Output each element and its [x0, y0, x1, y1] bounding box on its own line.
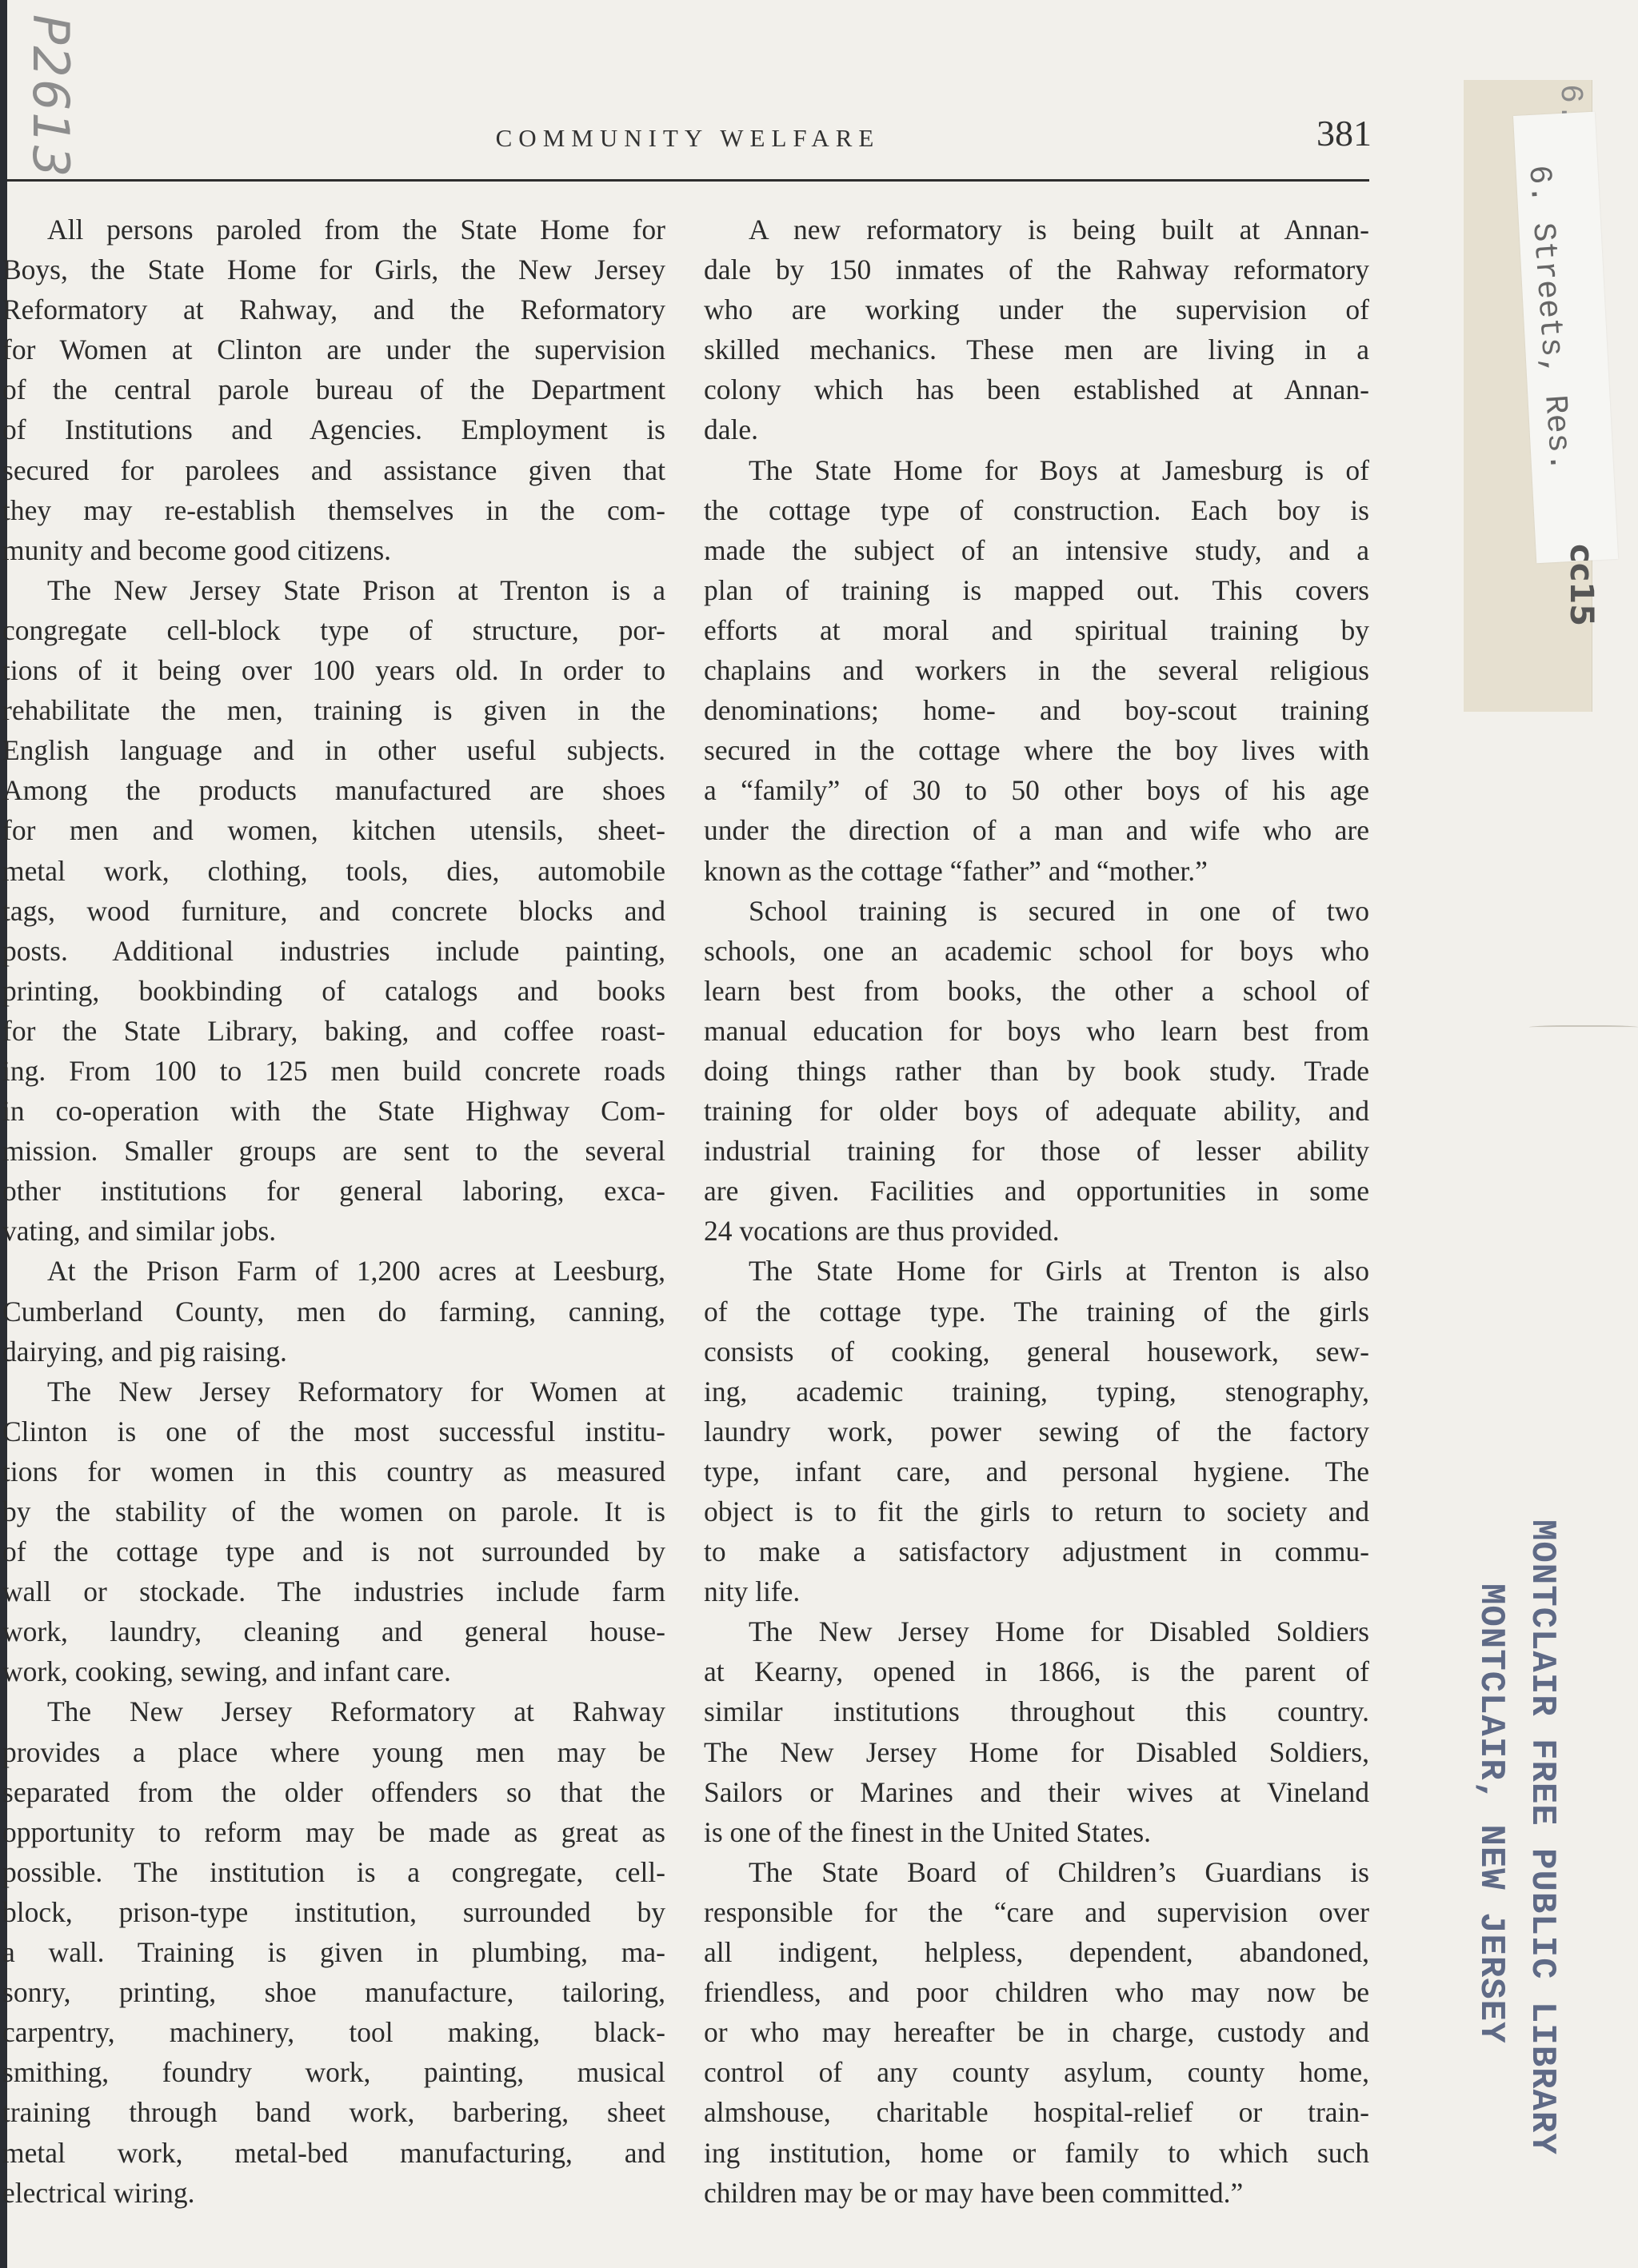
text-line: The New Jersey Reformatory for Women at — [2, 1372, 665, 1412]
text-line: denominations; home- and boy-scout train… — [704, 690, 1369, 730]
text-line: tions of it being over 100 years old. In… — [2, 650, 665, 690]
text-line: separated from the older offenders so th… — [2, 1772, 665, 1812]
paragraph: The State Board of Children’s Guardians … — [704, 1852, 1369, 2213]
text-line: The New Jersey State Prison at Trenton i… — [2, 570, 665, 610]
text-line: dale by 150 inmates of the Rahway reform… — [704, 250, 1369, 289]
text-line: At the Prison Farm of 1,200 acres at Lee… — [2, 1251, 665, 1291]
text-line: colony which has been established at Ann… — [704, 369, 1369, 409]
paragraph: At the Prison Farm of 1,200 acres at Lee… — [7, 1251, 665, 1371]
text-line: All persons paroled from the State Home … — [2, 210, 665, 250]
text-line: of Institutions and Agencies. Employment… — [2, 409, 665, 449]
paper-tear-mark — [1529, 1025, 1638, 1030]
text-line: other institutions for general laboring,… — [2, 1171, 665, 1211]
paragraph: A new reformatory is being built at Anna… — [704, 210, 1369, 450]
text-line: English language and in other useful sub… — [2, 730, 665, 770]
text-line: block, prison-type institution, surround… — [2, 1892, 665, 1932]
text-line: made the subject of an intensive study, … — [704, 530, 1369, 570]
text-line: A new reformatory is being built at Anna… — [704, 210, 1369, 250]
stamp-line-1: MONTCLAIR FREE PUBLIC LIBRARY — [1516, 1519, 1568, 2155]
text-line: Cumberland County, men do farming, canni… — [2, 1292, 665, 1332]
text-line: plan of training is mapped out. This cov… — [704, 570, 1369, 610]
text-line: 24 vocations are thus provided. — [704, 1211, 1369, 1251]
text-line: a “family” of 30 to 50 other boys of his… — [704, 770, 1369, 810]
paragraph: The State Home for Boys at Jamesburg is … — [704, 450, 1369, 891]
paragraph: The New Jersey State Prison at Trenton i… — [7, 570, 665, 1252]
text-line: Sailors or Marines and their wives at Vi… — [704, 1772, 1369, 1812]
text-line: opportunity to reform may be made as gre… — [2, 1812, 665, 1852]
stamp-line-2: MONTCLAIR, NEW JERSEY — [1465, 1519, 1516, 2155]
text-line: similar institutions throughout this cou… — [704, 1691, 1369, 1731]
text-line: doing things rather than by book study. … — [704, 1051, 1369, 1091]
text-line: the cottage type of construction. Each b… — [704, 490, 1369, 530]
text-line: sonry, printing, shoe manufacture, tailo… — [2, 1972, 665, 2012]
text-line: metal work, clothing, tools, dies, autom… — [2, 851, 665, 891]
paragraph: The New Jersey Home for Disabled Soldier… — [704, 1611, 1369, 1852]
right-column: A new reformatory is being built at Anna… — [704, 210, 1369, 2213]
text-line: schools, one an academic school for boys… — [704, 931, 1369, 971]
text-line: under the direction of a man and wife wh… — [704, 810, 1369, 850]
text-line: The State Home for Girls at Trenton is a… — [704, 1251, 1369, 1291]
text-line: carpentry, machinery, tool making, black… — [2, 2012, 665, 2052]
text-line: for the State Library, baking, and coffe… — [2, 1011, 665, 1051]
paragraph: All persons paroled from the State Home … — [7, 210, 665, 570]
text-line: congregate cell-block type of structure,… — [2, 610, 665, 650]
text-line: smithing, foundry work, painting, musica… — [2, 2052, 665, 2092]
text-line: training for older boys of adequate abil… — [704, 1091, 1369, 1131]
text-line: The State Home for Boys at Jamesburg is … — [704, 450, 1369, 490]
text-line: electrical wiring. — [2, 2173, 665, 2213]
text-line: tags, wood furniture, and concrete block… — [2, 891, 665, 931]
text-line: type, infant care, and personal hygiene.… — [704, 1451, 1369, 1491]
text-line: in co-operation with the State Highway C… — [2, 1091, 665, 1131]
paragraph: School training is secured in one of two… — [704, 891, 1369, 1252]
text-line: control of any county asylum, county hom… — [704, 2052, 1369, 2092]
text-line: metal work, metal-bed manufacturing, and — [2, 2133, 665, 2173]
text-line: tions for women in this country as measu… — [2, 1451, 665, 1491]
text-line: all indigent, helpless, dependent, aband… — [704, 1932, 1369, 1972]
text-line: ing. From 100 to 125 men build concrete … — [2, 1051, 665, 1091]
text-line: responsible for the “care and supervisio… — [704, 1892, 1369, 1932]
text-line: secured for parolees and assistance give… — [2, 450, 665, 490]
text-line: The New Jersey Home for Disabled Soldier… — [704, 1732, 1369, 1772]
library-stamp: MONTCLAIR FREE PUBLIC LIBRARY MONTCLAIR,… — [1465, 1519, 1568, 2155]
paragraph: The New Jersey Reformatory at Rahwayprov… — [7, 1691, 665, 2212]
text-line: vating, and similar jobs. — [2, 1211, 665, 1251]
text-line: ing institution, home or family to which… — [704, 2133, 1369, 2173]
text-line: provides a place where young men may be — [2, 1732, 665, 1772]
text-line: rehabilitate the men, training is given … — [2, 690, 665, 730]
text-line: of the cottage type. The training of the… — [704, 1292, 1369, 1332]
page-number: 381 — [1312, 112, 1372, 154]
label-suffix-text: cc15 — [1563, 544, 1600, 626]
text-line: they may re-establish themselves in the … — [2, 490, 665, 530]
running-head: COMMUNITY WELFARE — [432, 124, 944, 153]
text-line: for men and women, kitchen utensils, she… — [2, 810, 665, 850]
text-line: Clinton is one of the most successful in… — [2, 1412, 665, 1451]
text-line: industrial training for those of lesser … — [704, 1131, 1369, 1171]
text-line: posts. Additional industries include pai… — [2, 931, 665, 971]
text-line: skilled mechanics. These men are living … — [704, 329, 1369, 369]
text-line: Boys, the State Home for Girls, the New … — [2, 250, 665, 289]
text-line: children may be or may have been committ… — [704, 2173, 1369, 2213]
paragraph: The State Home for Girls at Trenton is a… — [704, 1251, 1369, 1611]
text-line: mission. Smaller groups are sent to the … — [2, 1131, 665, 1171]
text-line: dairying, and pig raising. — [2, 1332, 665, 1372]
text-line: Reformatory at Rahway, and the Reformato… — [2, 289, 665, 329]
text-line: efforts at moral and spiritual training … — [704, 610, 1369, 650]
text-line: nity life. — [704, 1571, 1369, 1611]
text-line: is one of the finest in the United State… — [704, 1812, 1369, 1852]
text-line: The New Jersey Reformatory at Rahway — [2, 1691, 665, 1731]
text-line: friendless, and poor children who may no… — [704, 1972, 1369, 2012]
text-line: almshouse, charitable hospital-relief or… — [704, 2092, 1369, 2132]
text-line: work, cooking, sewing, and infant care. — [2, 1651, 665, 1691]
text-line: of the cottage type and is not surrounde… — [2, 1531, 665, 1571]
text-line: at Kearny, opened in 1866, is the parent… — [704, 1651, 1369, 1691]
text-line: manual education for boys who learn best… — [704, 1011, 1369, 1051]
text-line: known as the cottage “father” and “mothe… — [704, 851, 1369, 891]
text-line: ing, academic training, typing, stenogra… — [704, 1372, 1369, 1412]
text-line: training through band work, barbering, s… — [2, 2092, 665, 2132]
text-line: by the stability of the women on parole.… — [2, 1491, 665, 1531]
text-line: learn best from books, the other a schoo… — [704, 971, 1369, 1011]
text-line: The State Board of Children’s Guardians … — [704, 1852, 1369, 1892]
text-line: for Women at Clinton are under the super… — [2, 329, 665, 369]
text-line: a wall. Training is given in plumbing, m… — [2, 1932, 665, 1972]
handwritten-catalog-number: P2613 — [0, 8, 24, 56]
text-line: laundry work, power sewing of the factor… — [704, 1412, 1369, 1451]
text-line: who are working under the supervision of — [704, 289, 1369, 329]
text-line: possible. The institution is a congregat… — [2, 1852, 665, 1892]
text-line: printing, bookbinding of catalogs and bo… — [2, 971, 665, 1011]
text-line: or who may hereafter be in charge, custo… — [704, 2012, 1369, 2052]
text-line: School training is secured in one of two — [704, 891, 1369, 931]
text-line: object is to fit the girls to return to … — [704, 1491, 1369, 1531]
text-line: munity and become good citizens. — [2, 530, 665, 570]
text-line: are given. Facilities and opportunities … — [704, 1171, 1369, 1211]
header-rule — [7, 179, 1369, 182]
text-line: Among the products manufactured are shoe… — [2, 770, 665, 810]
paragraph: The New Jersey Reformatory for Women atC… — [7, 1372, 665, 1692]
text-line: work, laundry, cleaning and general hous… — [2, 1611, 665, 1651]
text-line: chaplains and workers in the several rel… — [704, 650, 1369, 690]
text-line: The New Jersey Home for Disabled Soldier… — [704, 1611, 1369, 1651]
text-line: wall or stockade. The industries include… — [2, 1571, 665, 1611]
text-line: consists of cooking, general housework, … — [704, 1332, 1369, 1372]
text-line: to make a satisfactory adjustment in com… — [704, 1531, 1369, 1571]
text-line: of the central parole bureau of the Depa… — [2, 369, 665, 409]
text-line: dale. — [704, 409, 1369, 449]
left-column: All persons paroled from the State Home … — [7, 210, 665, 2213]
text-line: secured in the cottage where the boy liv… — [704, 730, 1369, 770]
